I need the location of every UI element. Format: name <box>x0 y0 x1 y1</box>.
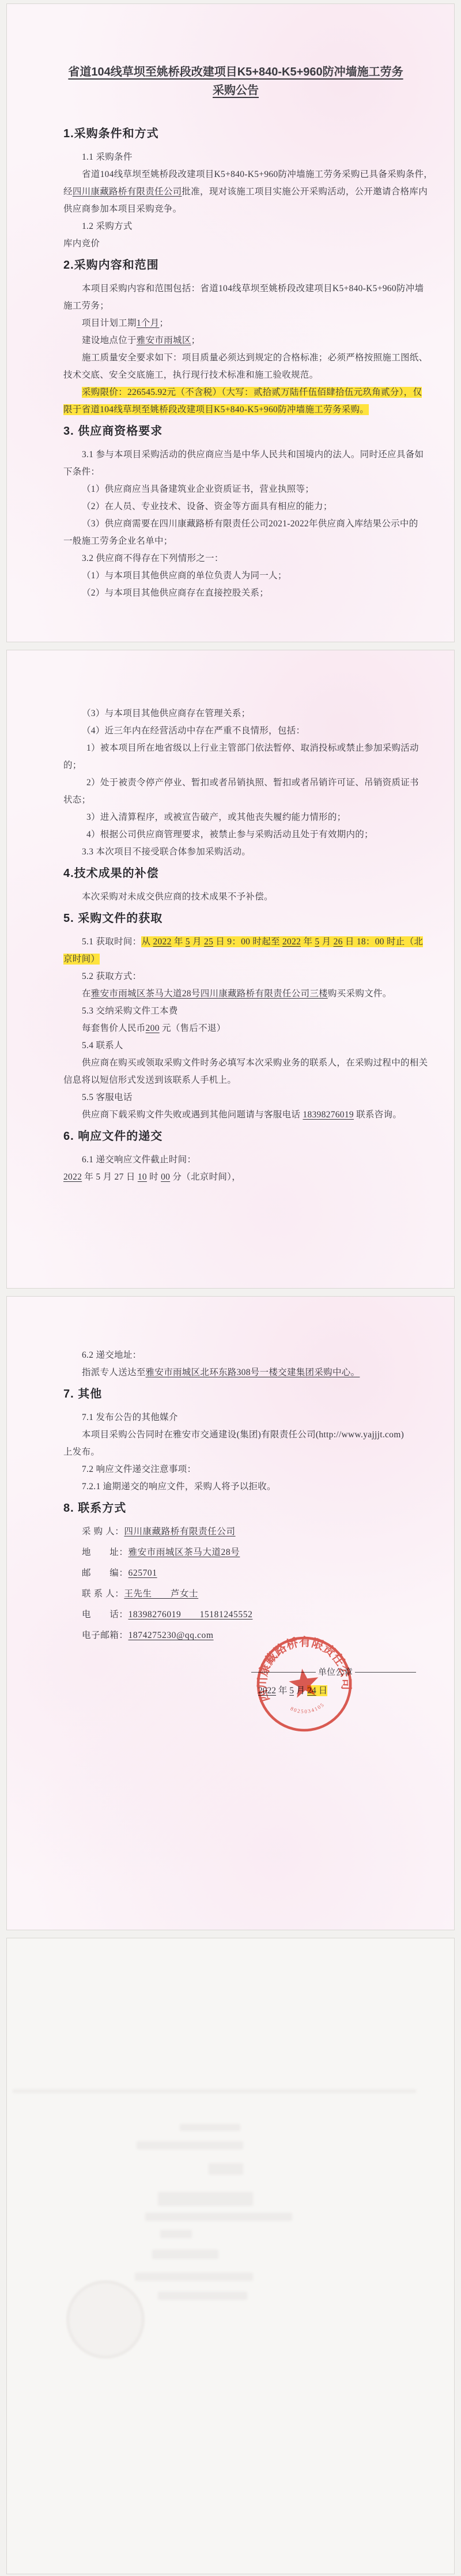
text-line: 采购限价：226545.92元（不含税）（大写：贰拾贰万陆仟伍佰肆拾伍元玖角贰分… <box>82 387 408 398</box>
text-line: 邮 编：625701 <box>82 1568 408 1579</box>
text-run: （1）与本项目其他供应商的单位负责人为同一人； <box>82 571 287 581</box>
text-line: 库内竞价 <box>63 238 408 250</box>
text-line: 采 购 人：四川康藏路桥有限责任公司 <box>82 1526 408 1538</box>
text-run: 4）根据公司供应商管理要求，被禁止参与采购活动且处于有效期内的； <box>86 830 373 839</box>
text-run: 供应商在购买或领取采购文件时务必填写本次采购业务的联系人，在采购过程中的相关 <box>82 1058 428 1068</box>
text-line: 2022 年 5 月 27 日 10 时 00 分（北京时间）， <box>63 1172 408 1183</box>
text-run: 2）处于被责令停产停业、暂扣或者吊销执照、暂扣或者吊销许可证、吊销资质证书 <box>86 778 419 788</box>
text-line: 技术交底、安全交底施工，执行现行技术标准和施工验收规范。 <box>63 370 408 381</box>
text-run: 日 18：00 时止（北 <box>343 936 424 947</box>
text-run: 1.1 采购条件 <box>82 152 133 162</box>
text-line: 5.1 获取时间：从 2022 年 5 月 25 日 9：00 时起至 2022… <box>82 936 408 948</box>
bleedthrough-ghost <box>137 2141 243 2149</box>
bleedthrough-ghost <box>158 2292 247 2300</box>
text-line: 1）被本项目所在地省级以上行业主管部门依法暂停、取消投标或禁止参加采购活动 <box>86 743 408 754</box>
text-line: 信息将以短信形式发送到该联系人手机上。 <box>63 1075 408 1086</box>
text-line: 供应商下载采购文件失败或遇到其他问题请与客服电话 18398276019 联系咨… <box>82 1109 408 1121</box>
text-line: （1）供应商应当具备建筑业企业资质证书，营业执照等； <box>82 484 408 495</box>
text-run: 本项目采购公告同时在雅安市交通建设(集团)有限责任公司(http://www.y… <box>82 1430 404 1440</box>
document-page-4 <box>6 1938 455 2574</box>
text-run: 采购限价：226545.92元（不含税）（大写：贰拾贰万陆仟伍佰肆拾伍元玖角贰分… <box>82 387 422 398</box>
text-run: 1个月 <box>137 318 160 328</box>
text-run: 1874275230@qq.com <box>129 1630 214 1640</box>
text-run: 时 <box>147 1172 161 1182</box>
seal-date-run: 24 <box>307 1685 316 1696</box>
bleedthrough-ghost <box>158 2192 253 2206</box>
text-line: 1.2 采购方式 <box>82 221 408 232</box>
scanned-document: 省道104线草坝至姚桥段改建项目K5+840-K5+960防冲墙施工劳务采购公告… <box>0 3 461 2574</box>
text-line: 电 话：18398276019 15181245552 <box>82 1609 408 1621</box>
text-run: ； <box>191 336 201 345</box>
text-line: 上发布。 <box>63 1447 408 1458</box>
text-line: 5.2 获取方式： <box>82 971 408 982</box>
text-run: 5.3 交纳采购文件工本费 <box>82 1006 178 1016</box>
text-run: 供应商参加本项目采购竞争。 <box>63 204 182 214</box>
text-line: 5.5 客服电话 <box>82 1092 408 1104</box>
seal-caption-line: 单位公章 <box>251 1666 408 1678</box>
text-run: 625701 <box>129 1568 157 1578</box>
text-run: 在 <box>82 989 91 999</box>
text-run: 3.3 本次项目不接受联合体参加采购活动。 <box>82 847 251 857</box>
text-run: 批准，现对该施工项目实施公开采购活动，公开邀请合格库内 <box>182 187 428 197</box>
text-run: 购买采购文件。 <box>328 989 392 999</box>
text-line: 在雅安市雨城区茶马大道28号四川康藏路桥有限责任公司三楼购买采购文件。 <box>82 988 408 1000</box>
section-heading: 5. 采购文件的获取 <box>63 911 408 926</box>
text-line: 建设地点位于雅安市雨城区； <box>82 335 408 347</box>
text-run: 3）进入清算程序，或被宣告破产，或其他丧失履约能力情形的； <box>86 812 346 822</box>
text-line: 经四川康藏路桥有限责任公司批准，现对该施工项目实施公开采购活动，公开邀请合格库内 <box>63 186 408 198</box>
text-line: 6.2 递交地址： <box>82 1350 408 1361</box>
text-run: 省道104线草坝至姚桥段改建项目K5+840-K5+960防冲墙施工劳务采购已具… <box>82 170 433 179</box>
text-run: 月 <box>190 936 204 947</box>
text-run: 雅安市雨城区 <box>137 336 191 345</box>
text-run: （1）供应商应当具备建筑业企业资质证书，营业执照等； <box>82 484 314 494</box>
text-run: 电子邮箱： <box>82 1630 129 1640</box>
text-run: 3.2 供应商不得存在下列情形之一： <box>82 553 224 563</box>
text-run: 3.1 参与本项目采购活动的供应商应当是中华人民共和国境内的法人。同时还应具备如 <box>82 450 424 460</box>
text-line: 本项目采购公告同时在雅安市交通建设(集团)有限责任公司(http://www.y… <box>82 1429 408 1441</box>
text-line: 3.2 供应商不得存在下列情形之一： <box>82 553 408 564</box>
seal-caption-label: 单位公章 <box>316 1668 355 1677</box>
bleedthrough-ghost <box>160 2230 192 2238</box>
text-run: 指派专人送达至 <box>82 1368 146 1377</box>
text-run: 5.4 联系人 <box>82 1041 123 1050</box>
text-run: 分（北京时间）， <box>170 1172 241 1182</box>
text-run: 1）被本项目所在地省级以上行业主管部门依法暂停、取消投标或禁止参加采购活动 <box>86 743 419 753</box>
bleedthrough-ghost <box>135 2273 253 2281</box>
text-run: （3）与本项目其他供应商存在管理关系； <box>82 709 250 718</box>
text-run: 状态； <box>63 795 90 805</box>
text-run: 库内竞价 <box>63 239 100 248</box>
text-run: 月 <box>319 936 333 947</box>
text-run: 采 购 人： <box>82 1527 124 1536</box>
seal-date-run: 2022 <box>258 1686 276 1696</box>
text-line: 项目计划工期1个月； <box>82 318 408 329</box>
text-line: 供应商在购买或领取采购文件时务必填写本次采购业务的联系人，在采购过程中的相关 <box>82 1057 408 1069</box>
text-line: 4）根据公司供应商管理要求，被禁止参与采购活动且处于有效期内的； <box>86 829 408 841</box>
text-line: 3.1 参与本项目采购活动的供应商应当是中华人民共和国境内的法人。同时还应具备如 <box>82 449 408 461</box>
text-run: 2022 <box>153 936 171 947</box>
text-run: 7.1 发布公告的其他媒介 <box>82 1413 178 1422</box>
text-run: 2022 <box>282 936 301 947</box>
text-run: 雅安市雨城区北环东路308号一楼交建集团采购中心。 <box>146 1368 360 1377</box>
text-line: （3）与本项目其他供应商存在管理关系； <box>82 708 408 720</box>
text-run: 王先生 芦女士 <box>124 1589 198 1599</box>
text-run: 经 <box>63 187 73 197</box>
text-run: 元（售后不退） <box>160 1023 226 1033</box>
text-run: 供应商下载采购文件失败或遇到其他问题请与客服电话 <box>82 1110 303 1120</box>
text-line: 京时间） <box>63 954 408 965</box>
text-line: 施工质量安全要求如下：项目质量必须达到规定的合格标准；必须严格按照施工图纸、 <box>82 352 408 364</box>
text-line: （4）近三年内在经营活动中存在严重不良情形，包括： <box>82 725 408 737</box>
text-run: 每套售价人民币 <box>82 1023 146 1033</box>
text-line: 本次采购对未成交供应商的技术成果不予补偿。 <box>82 891 408 903</box>
text-run: 200 <box>146 1023 160 1033</box>
document-page-1: 省道104线草坝至姚桥段改建项目K5+840-K5+960防冲墙施工劳务采购公告… <box>6 3 455 642</box>
text-run: 25 <box>204 936 213 947</box>
text-run: 26 <box>334 936 343 947</box>
signature-line <box>251 1671 316 1673</box>
seal-serial-number: 8025034105 <box>289 1701 326 1716</box>
section-heading: 3. 供应商资格要求 <box>63 424 408 439</box>
text-run: 雅安市雨城区茶马大道28号 <box>129 1547 240 1557</box>
text-run: （2）与本项目其他供应商存在直接控股关系； <box>82 588 269 598</box>
document-title: 省道104线草坝至姚桥段改建项目K5+840-K5+960防冲墙施工劳务采购公告 <box>63 63 408 100</box>
text-run: 一般施工劳务企业名单中； <box>63 536 173 546</box>
text-run: 联系咨询。 <box>354 1110 402 1120</box>
text-line: 省道104线草坝至姚桥段改建项目K5+840-K5+960防冲墙施工劳务采购已具… <box>82 169 408 180</box>
seal-date-line: 2022 年 5 月 24 日 <box>258 1684 408 1696</box>
text-line: （2）在人员、专业技术、设备、资金等方面具有相应的能力； <box>82 501 408 513</box>
text-run: 项目计划工期 <box>82 318 137 328</box>
document-title-line: 省道104线草坝至姚桥段改建项目K5+840-K5+960防冲墙施工劳务 <box>63 63 408 81</box>
text-run: 5 <box>186 936 190 947</box>
text-line: 限于省道104线草坝至姚桥段改建项目K5+840-K5+960防冲墙施工劳务采购… <box>63 404 408 416</box>
text-run: 18398276019 <box>303 1110 354 1120</box>
text-line: 施工劳务； <box>63 300 408 312</box>
text-run: 10 <box>138 1172 147 1182</box>
text-line: 本项目采购内容和范围包括：省道104线草坝至姚桥段改建项目K5+840-K5+9… <box>82 283 408 295</box>
text-run: 的； <box>63 760 82 770</box>
text-run: （3）供应商需要在四川康藏路桥有限责任公司2021-2022年供应商入库结果公示… <box>82 519 418 529</box>
text-run: 联 系 人： <box>82 1589 124 1599</box>
text-run: 信息将以短信形式发送到该联系人手机上。 <box>63 1075 236 1085</box>
text-line: 2）处于被责令停产停业、暂扣或者吊销执照、暂扣或者吊销许可证、吊销资质证书 <box>86 777 408 789</box>
text-run: （2）在人员、专业技术、设备、资金等方面具有相应的能力； <box>82 502 332 511</box>
bleedthrough-ghost <box>13 2089 416 2093</box>
section-heading: 7. 其他 <box>63 1387 408 1402</box>
text-run: 5.5 客服电话 <box>82 1093 133 1102</box>
text-run: 雅安市雨城区茶马大道28号四川康藏路桥有限责任公司三楼 <box>91 989 328 999</box>
text-run: 18398276019 15181245552 <box>129 1610 253 1620</box>
text-line: 7.2 响应文件递交注意事项： <box>82 1464 408 1475</box>
text-line: 联 系 人：王先生 芦女士 <box>82 1588 408 1600</box>
seal-date-run: 月 <box>294 1686 307 1696</box>
text-line: 下条件： <box>63 466 408 478</box>
text-run: 7.2 响应文件递交注意事项： <box>82 1464 196 1474</box>
text-run: 00 <box>161 1172 170 1182</box>
document-page-2: （3）与本项目其他供应商存在管理关系；（4）近三年内在经营活动中存在严重不良情形… <box>6 650 455 1289</box>
signature-line <box>355 1671 416 1673</box>
text-run: 京时间） <box>63 954 100 965</box>
text-line: 指派专人送达至雅安市雨城区北环东路308号一楼交建集团采购中心。 <box>82 1367 408 1379</box>
text-run: 四川康藏路桥有限责任公司 <box>124 1527 235 1536</box>
text-line: 地 址：雅安市雨城区茶马大道28号 <box>82 1547 408 1558</box>
text-line: 3）进入清算程序，或被宣告破产，或其他丧失履约能力情形的； <box>86 812 408 823</box>
text-line: 7.2.1 逾期递交的响应文件，采购人将予以拒收。 <box>82 1481 408 1493</box>
text-run: （4）近三年内在经营活动中存在严重不良情形，包括： <box>82 726 305 736</box>
text-run: 6.1 递交响应文件截止时间： <box>82 1155 196 1165</box>
bleedthrough-seal-ghost <box>67 2281 144 2358</box>
text-run: 年 <box>172 936 186 947</box>
text-run: 建设地点位于 <box>82 336 137 345</box>
text-run: 施工劳务； <box>63 301 109 311</box>
text-line: 电子邮箱：1874275230@qq.com <box>82 1630 408 1641</box>
text-run: ； <box>159 318 168 328</box>
text-run: 下条件： <box>63 467 100 477</box>
text-line: 5.3 交纳采购文件工本费 <box>82 1005 408 1017</box>
text-run: 5.1 获取时间： <box>82 937 141 947</box>
section-heading: 4.技术成果的补偿 <box>63 866 408 881</box>
text-line: 7.1 发布公告的其他媒介 <box>82 1412 408 1423</box>
text-line: 的； <box>63 760 408 771</box>
text-line: （3）供应商需要在四川康藏路桥有限责任公司2021-2022年供应商入库结果公示… <box>82 518 408 530</box>
seal-date-run: 5 <box>289 1686 294 1696</box>
section-heading: 1.采购条件和方式 <box>63 126 408 141</box>
text-run: 5.2 获取方式： <box>82 971 141 981</box>
text-run: 电 话： <box>82 1610 129 1620</box>
text-run: 地 址： <box>82 1547 129 1557</box>
bleedthrough-ghost <box>152 2250 218 2259</box>
section-heading: 6. 响应文件的递交 <box>63 1129 408 1144</box>
text-line: 每套售价人民币200 元（售后不退） <box>82 1023 408 1034</box>
text-line: 供应商参加本项目采购竞争。 <box>63 204 408 215</box>
bleedthrough-ghost <box>180 2124 240 2131</box>
text-run: 本次采购对未成交供应商的技术成果不予补偿。 <box>82 892 273 902</box>
text-run: 日 9：00 时起至 <box>213 936 282 947</box>
text-line: （2）与本项目其他供应商存在直接控股关系； <box>82 587 408 599</box>
text-line: 一般施工劳务企业名单中； <box>63 536 408 547</box>
text-run: 本项目采购内容和范围包括：省道104线草坝至姚桥段改建项目K5+840-K5+9… <box>82 284 424 293</box>
text-run: 6.2 递交地址： <box>82 1350 141 1360</box>
text-run: 从 <box>141 936 153 947</box>
document-page-3: 6.2 递交地址：指派专人送达至雅安市雨城区北环东路308号一楼交建集团采购中心… <box>6 1296 455 1930</box>
svg-text:8025034105: 8025034105 <box>289 1701 326 1716</box>
text-run: 限于省道104线草坝至姚桥段改建项目K5+840-K5+960防冲墙施工劳务采购… <box>63 404 369 415</box>
section-heading: 8. 联系方式 <box>63 1501 408 1516</box>
text-line: 状态； <box>63 794 408 806</box>
bleedthrough-ghost <box>145 2213 292 2221</box>
seal-date-run: 年 <box>276 1686 289 1696</box>
text-line: （1）与本项目其他供应商的单位负责人为同一人； <box>82 570 408 582</box>
text-line: 6.1 递交响应文件截止时间： <box>82 1154 408 1166</box>
text-line: 1.1 采购条件 <box>82 152 408 163</box>
text-run: 邮 编： <box>82 1568 129 1578</box>
text-run: 上发布。 <box>63 1447 100 1457</box>
text-line: 3.3 本次项目不接受联合体参加采购活动。 <box>82 846 408 858</box>
document-title-text: 省道104线草坝至姚桥段改建项目K5+840-K5+960防冲墙施工劳务 <box>68 66 403 78</box>
text-run: 7.2.1 逾期递交的响应文件，采购人将予以拒收。 <box>82 1482 276 1492</box>
section-heading: 2.采购内容和范围 <box>63 258 408 273</box>
text-run: 施工质量安全要求如下：项目质量必须达到规定的合格标准；必须严格按照施工图纸、 <box>82 353 428 363</box>
text-run: 年 5 月 27 日 <box>82 1172 138 1182</box>
text-run: 年 <box>301 936 315 947</box>
document-title-line: 采购公告 <box>63 81 408 100</box>
text-run: 技术交底、安全交底施工，执行现行技术标准和施工验收规范。 <box>63 370 318 380</box>
document-title-text: 采购公告 <box>213 84 259 97</box>
text-run: 1.2 采购方式 <box>82 221 133 231</box>
text-run: 四川康藏路桥有限责任公司 <box>73 187 182 197</box>
text-line: 5.4 联系人 <box>82 1040 408 1052</box>
text-run: 2022 <box>63 1172 82 1182</box>
seal-date-run: 日 <box>316 1685 327 1696</box>
bleedthrough-ghost <box>209 2163 243 2175</box>
